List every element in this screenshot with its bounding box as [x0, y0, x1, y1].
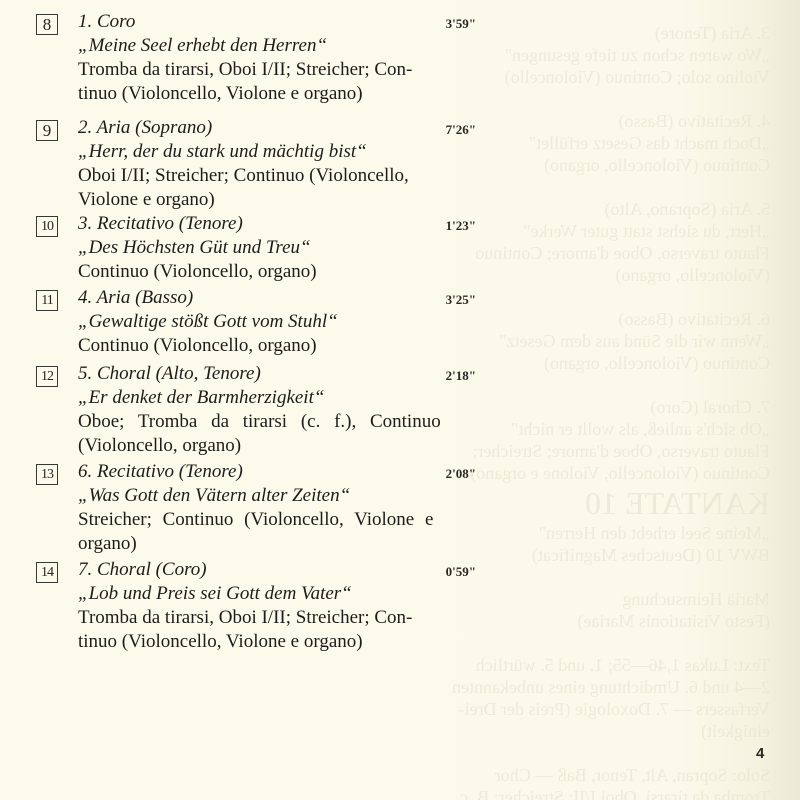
track-number-box: 11	[36, 290, 58, 311]
movement-title: „Lob und Preis sei Gott dem Vater“	[78, 582, 476, 606]
movement-title: „Was Gott den Vätern alter Zeiten“	[78, 484, 476, 508]
instrumentation-line: Streicher; Continuo (Violoncello, Violon…	[78, 508, 476, 532]
movement-heading: 2. Aria (Soprano) 7'26"	[78, 116, 476, 140]
movement-title: „Gewaltige stößt Gott vom Stuhl“	[78, 310, 476, 334]
track-duration: 0'59"	[446, 560, 476, 584]
track-number-box: 10	[36, 216, 58, 237]
instrumentation-line: Tromba da tirarsi, Oboi I/II; Streicher;…	[78, 606, 476, 630]
movement-title: „Meine Seel erhebt den Herren“	[78, 34, 476, 58]
track-number-box: 9	[36, 120, 58, 141]
movement-label: 4. Aria (Basso)	[78, 287, 193, 308]
track-number-box: 12	[36, 366, 58, 387]
movement-heading: 1. Coro 3'59"	[78, 10, 476, 34]
movement-title: „Des Höchsten Güt und Treu“	[78, 236, 476, 260]
instrumentation-line: Oboi I/II; Streicher; Continuo (Violonce…	[78, 164, 476, 188]
instrumentation-line: Tromba da tirarsi, Oboi I/II; Streicher;…	[78, 58, 476, 82]
page-number: 4	[756, 745, 764, 762]
track-duration: 3'59"	[446, 12, 476, 36]
movement-label: 2. Aria (Soprano)	[78, 117, 212, 138]
instrumentation-line: tinuo (Violoncello, Violone e organo)	[78, 630, 476, 654]
track-duration: 2'08"	[446, 462, 476, 486]
movement-heading: 6. Recitativo (Tenore) 2'08"	[78, 460, 476, 484]
track-duration: 1'23"	[446, 214, 476, 238]
instrumentation-line: (Violoncello, organo)	[78, 434, 476, 458]
movement-label: 3. Recitativo (Tenore)	[78, 213, 243, 234]
track-number-box: 14	[36, 562, 58, 583]
track-number-box: 8	[36, 14, 58, 35]
movement-label: 7. Choral (Coro)	[78, 559, 207, 580]
booklet-page: 3. Aria (Tenore) „Wo waren schon zu tief…	[0, 0, 800, 800]
movement-heading: 3. Recitativo (Tenore) 1'23"	[78, 212, 476, 236]
movement-title: „Herr, der du stark und mächtig bist“	[78, 140, 476, 164]
instrumentation-line: organo)	[78, 532, 476, 556]
track-number-box: 13	[36, 464, 58, 485]
movement-label: 1. Coro	[78, 11, 135, 32]
movement-heading: 5. Choral (Alto, Tenore) 2'18"	[78, 362, 476, 386]
instrumentation-line: Violone e organo)	[78, 188, 476, 212]
movement-label: 5. Choral (Alto, Tenore)	[78, 363, 261, 384]
instrumentation-line: Continuo (Violoncello, organo)	[78, 260, 476, 284]
track-duration: 2'18"	[446, 364, 476, 388]
track-duration: 7'26"	[446, 118, 476, 142]
instrumentation-line: Oboe; Tromba da tirarsi (c. f.), Continu…	[78, 410, 476, 434]
instrumentation-line: tinuo (Violoncello, Violone e organo)	[78, 82, 476, 106]
movement-heading: 4. Aria (Basso) 3'25"	[78, 286, 476, 310]
movement-heading: 7. Choral (Coro) 0'59"	[78, 558, 476, 582]
movement-label: 6. Recitativo (Tenore)	[78, 461, 243, 482]
track-duration: 3'25"	[446, 288, 476, 312]
movement-title: „Er denket der Barmherzigkeit“	[78, 386, 476, 410]
instrumentation-line: Continuo (Violoncello, organo)	[78, 334, 476, 358]
